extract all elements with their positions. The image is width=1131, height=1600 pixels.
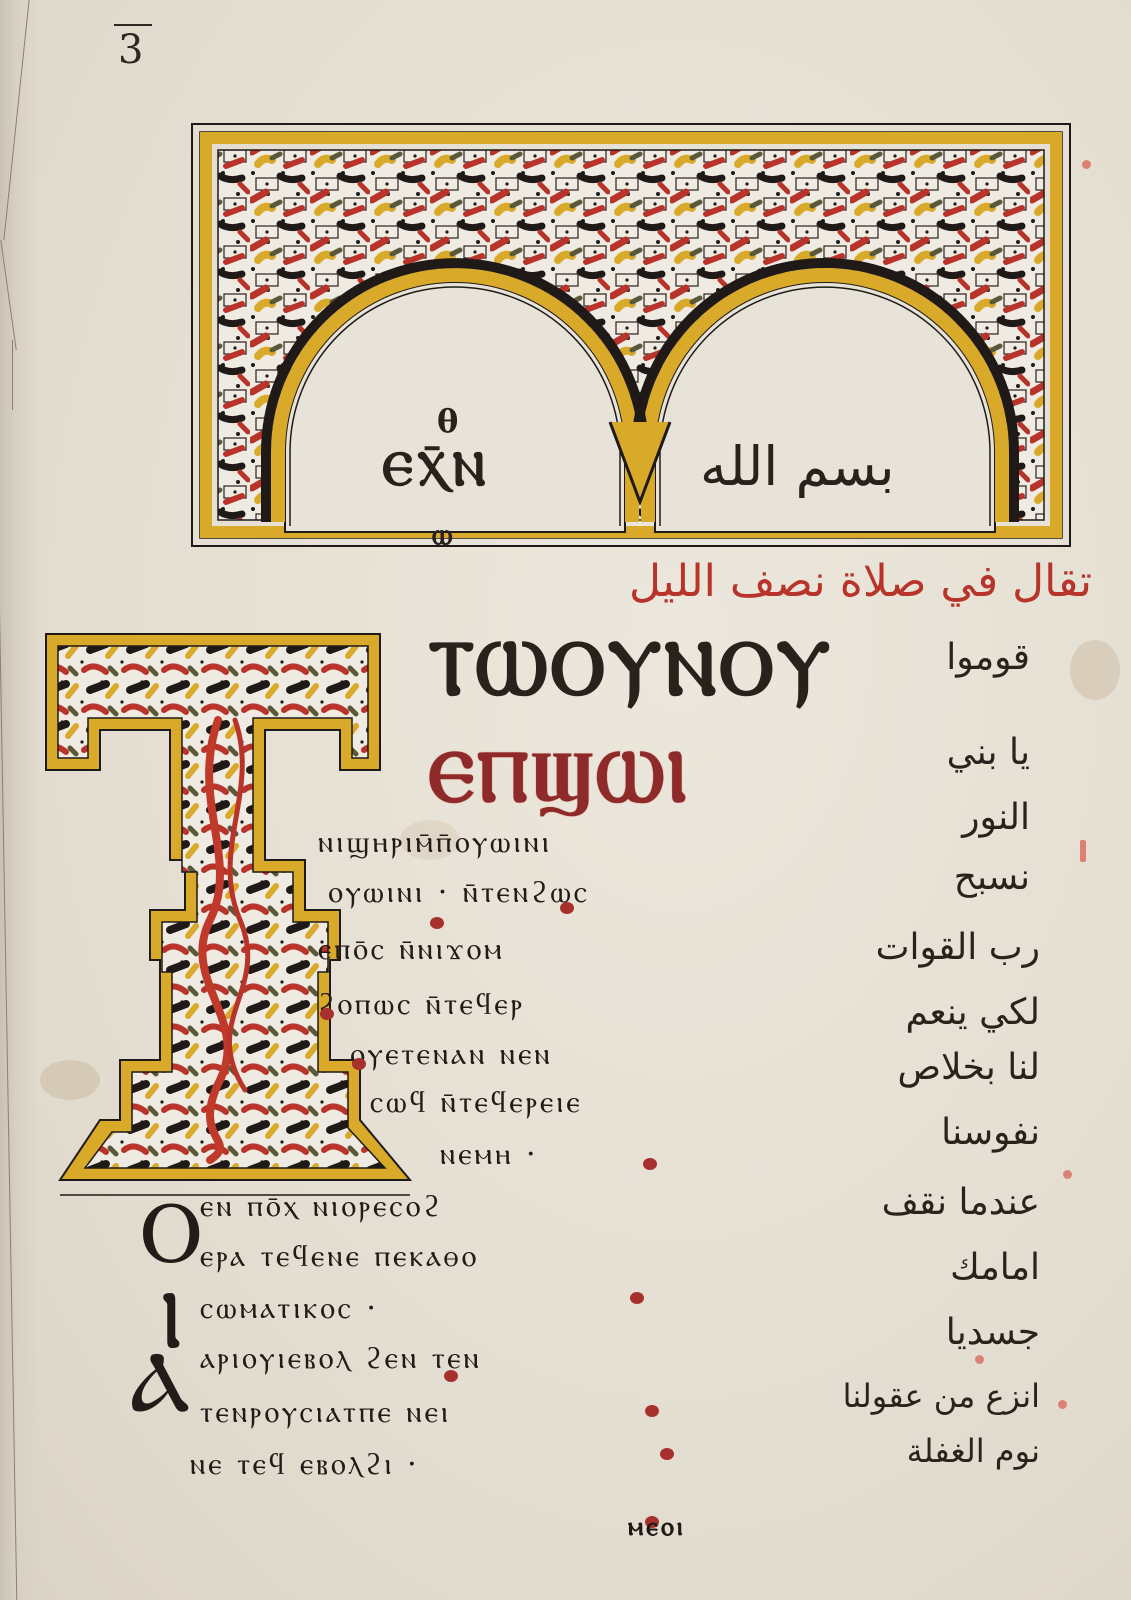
coptic-text-line: ⲟⲩⲉⲧⲉⲛⲁⲛ ⲛⲉⲛ: [350, 1040, 553, 1070]
folio-number: 3: [118, 30, 143, 70]
coptic-text-line: ⲛⲉ ⲧⲉϥ ⲉⲃⲟⲗϩⲓ ·: [190, 1450, 420, 1480]
red-punctuation: [560, 902, 574, 914]
coptic-text-line: ⲉⲣⲁ ⲧⲉϥⲉⲛⲉ ⲡⲉⲕⲁⲑⲟ: [200, 1242, 479, 1272]
arabic-rubric-heading: تقال في صلاة نصف الليل: [372, 560, 1092, 604]
coptic-monogram-bottom: ⲱ: [432, 520, 452, 550]
arabic-text-line: النور: [830, 800, 1030, 836]
arabic-text-line: لكي ينعم: [830, 995, 1040, 1031]
red-speck: [1080, 840, 1086, 862]
arabic-text-line: نسبح: [830, 860, 1030, 896]
coptic-text-line: ⲉⲡⲟ̄ⲥ ⲛ̄ⲛⲓϫⲟⲙ: [318, 935, 505, 965]
red-speck: [1063, 1170, 1072, 1179]
red-punctuation: [430, 917, 444, 929]
red-punctuation: [643, 1158, 657, 1170]
vellum-crack: [12, 340, 13, 410]
illuminated-initial-t: [40, 620, 420, 1210]
red-punctuation: [444, 1370, 458, 1382]
coptic-monogram: ⲈⲬ̄Ⲛ: [382, 445, 490, 493]
red-speck: [975, 1355, 984, 1364]
coptic-heading: ⲦⲰⲞⲨⲚⲞⲨ: [428, 630, 833, 706]
arabic-text-line: نفوسنا: [830, 1115, 1040, 1151]
arabic-text-line: رب القوات: [830, 930, 1040, 966]
coptic-text-line: ⲧⲉⲛⲣⲟⲩⲥⲓⲁⲧⲡⲉ ⲛⲉⲓ: [200, 1398, 451, 1428]
vellum-stain: [1070, 640, 1120, 700]
red-punctuation: [352, 1058, 366, 1070]
red-punctuation: [645, 1405, 659, 1417]
arabic-text-line: لنا بخلاص: [830, 1050, 1040, 1086]
coptic-line-initial: Ⲁ: [130, 1340, 190, 1424]
arabic-text-line: انزع من عقولنا: [810, 1380, 1040, 1412]
red-punctuation: [320, 1008, 334, 1020]
coptic-text-line: ⲛⲓϣⲏⲣⲓⲙ̄ⲡ̄ⲟⲩⲱⲓⲛⲓ: [318, 828, 552, 858]
arabic-text-line: نوم الغفلة: [810, 1435, 1040, 1467]
initial-t-ornament: [40, 620, 420, 1210]
arabic-basmala: بسم الله: [700, 440, 895, 494]
coptic-text-line: ⲛⲉⲙⲏ ·: [440, 1140, 539, 1170]
arabic-text-line: يا بني: [830, 735, 1030, 771]
coptic-text-line: ϩⲟⲡⲱⲥ ⲛ̄ⲧⲉϥⲉⲣ: [318, 990, 525, 1020]
red-speck: [1058, 1400, 1067, 1409]
coptic-text-line: ⲥⲱϥ ⲛ̄ⲧⲉϥⲉⲣⲉⲓⲉ: [370, 1088, 583, 1118]
coptic-subheading-red: ⲈⲠϢⲰⲒ: [428, 740, 689, 812]
coptic-text-line: ⲥⲱⲙⲁⲧⲓⲕⲟⲥ ·: [200, 1294, 379, 1324]
coptic-monogram-top: θ: [437, 405, 458, 437]
coptic-line-initial: Ⲟ: [140, 1190, 202, 1276]
red-punctuation: [630, 1292, 644, 1304]
arabic-text-line: جسديا: [830, 1315, 1040, 1351]
manuscript-page: 3: [0, 0, 1131, 1600]
coptic-text-line: ⲟⲩⲱⲓⲛⲓ · ⲛ̄ⲧⲉⲛϩⲱⲥ: [328, 878, 590, 908]
red-speck: [1082, 160, 1091, 169]
coptic-text-line: ⲉⲛ ⲡⲟ̄ⲭ ⲛⲓⲟⲣⲉⲥⲟϩ: [200, 1192, 442, 1222]
arabic-text-line: عندما نقف: [830, 1185, 1040, 1221]
red-punctuation: [660, 1448, 674, 1460]
illuminated-headpiece: [190, 122, 1080, 554]
arabic-text-line: قوموا: [830, 640, 1030, 676]
coptic-end-mark: ⲙⲉⲟⲓ: [628, 1512, 686, 1543]
headpiece-interlace-ornament: [190, 122, 1080, 554]
coptic-text-line: ⲁⲣⲓⲟⲩⲓⲉⲃⲟⲗ ϩⲉⲛ ⲧⲉⲛ: [200, 1344, 482, 1374]
arabic-text-line: امامك: [830, 1250, 1040, 1286]
page-gutter-edge: [0, 0, 40, 1600]
